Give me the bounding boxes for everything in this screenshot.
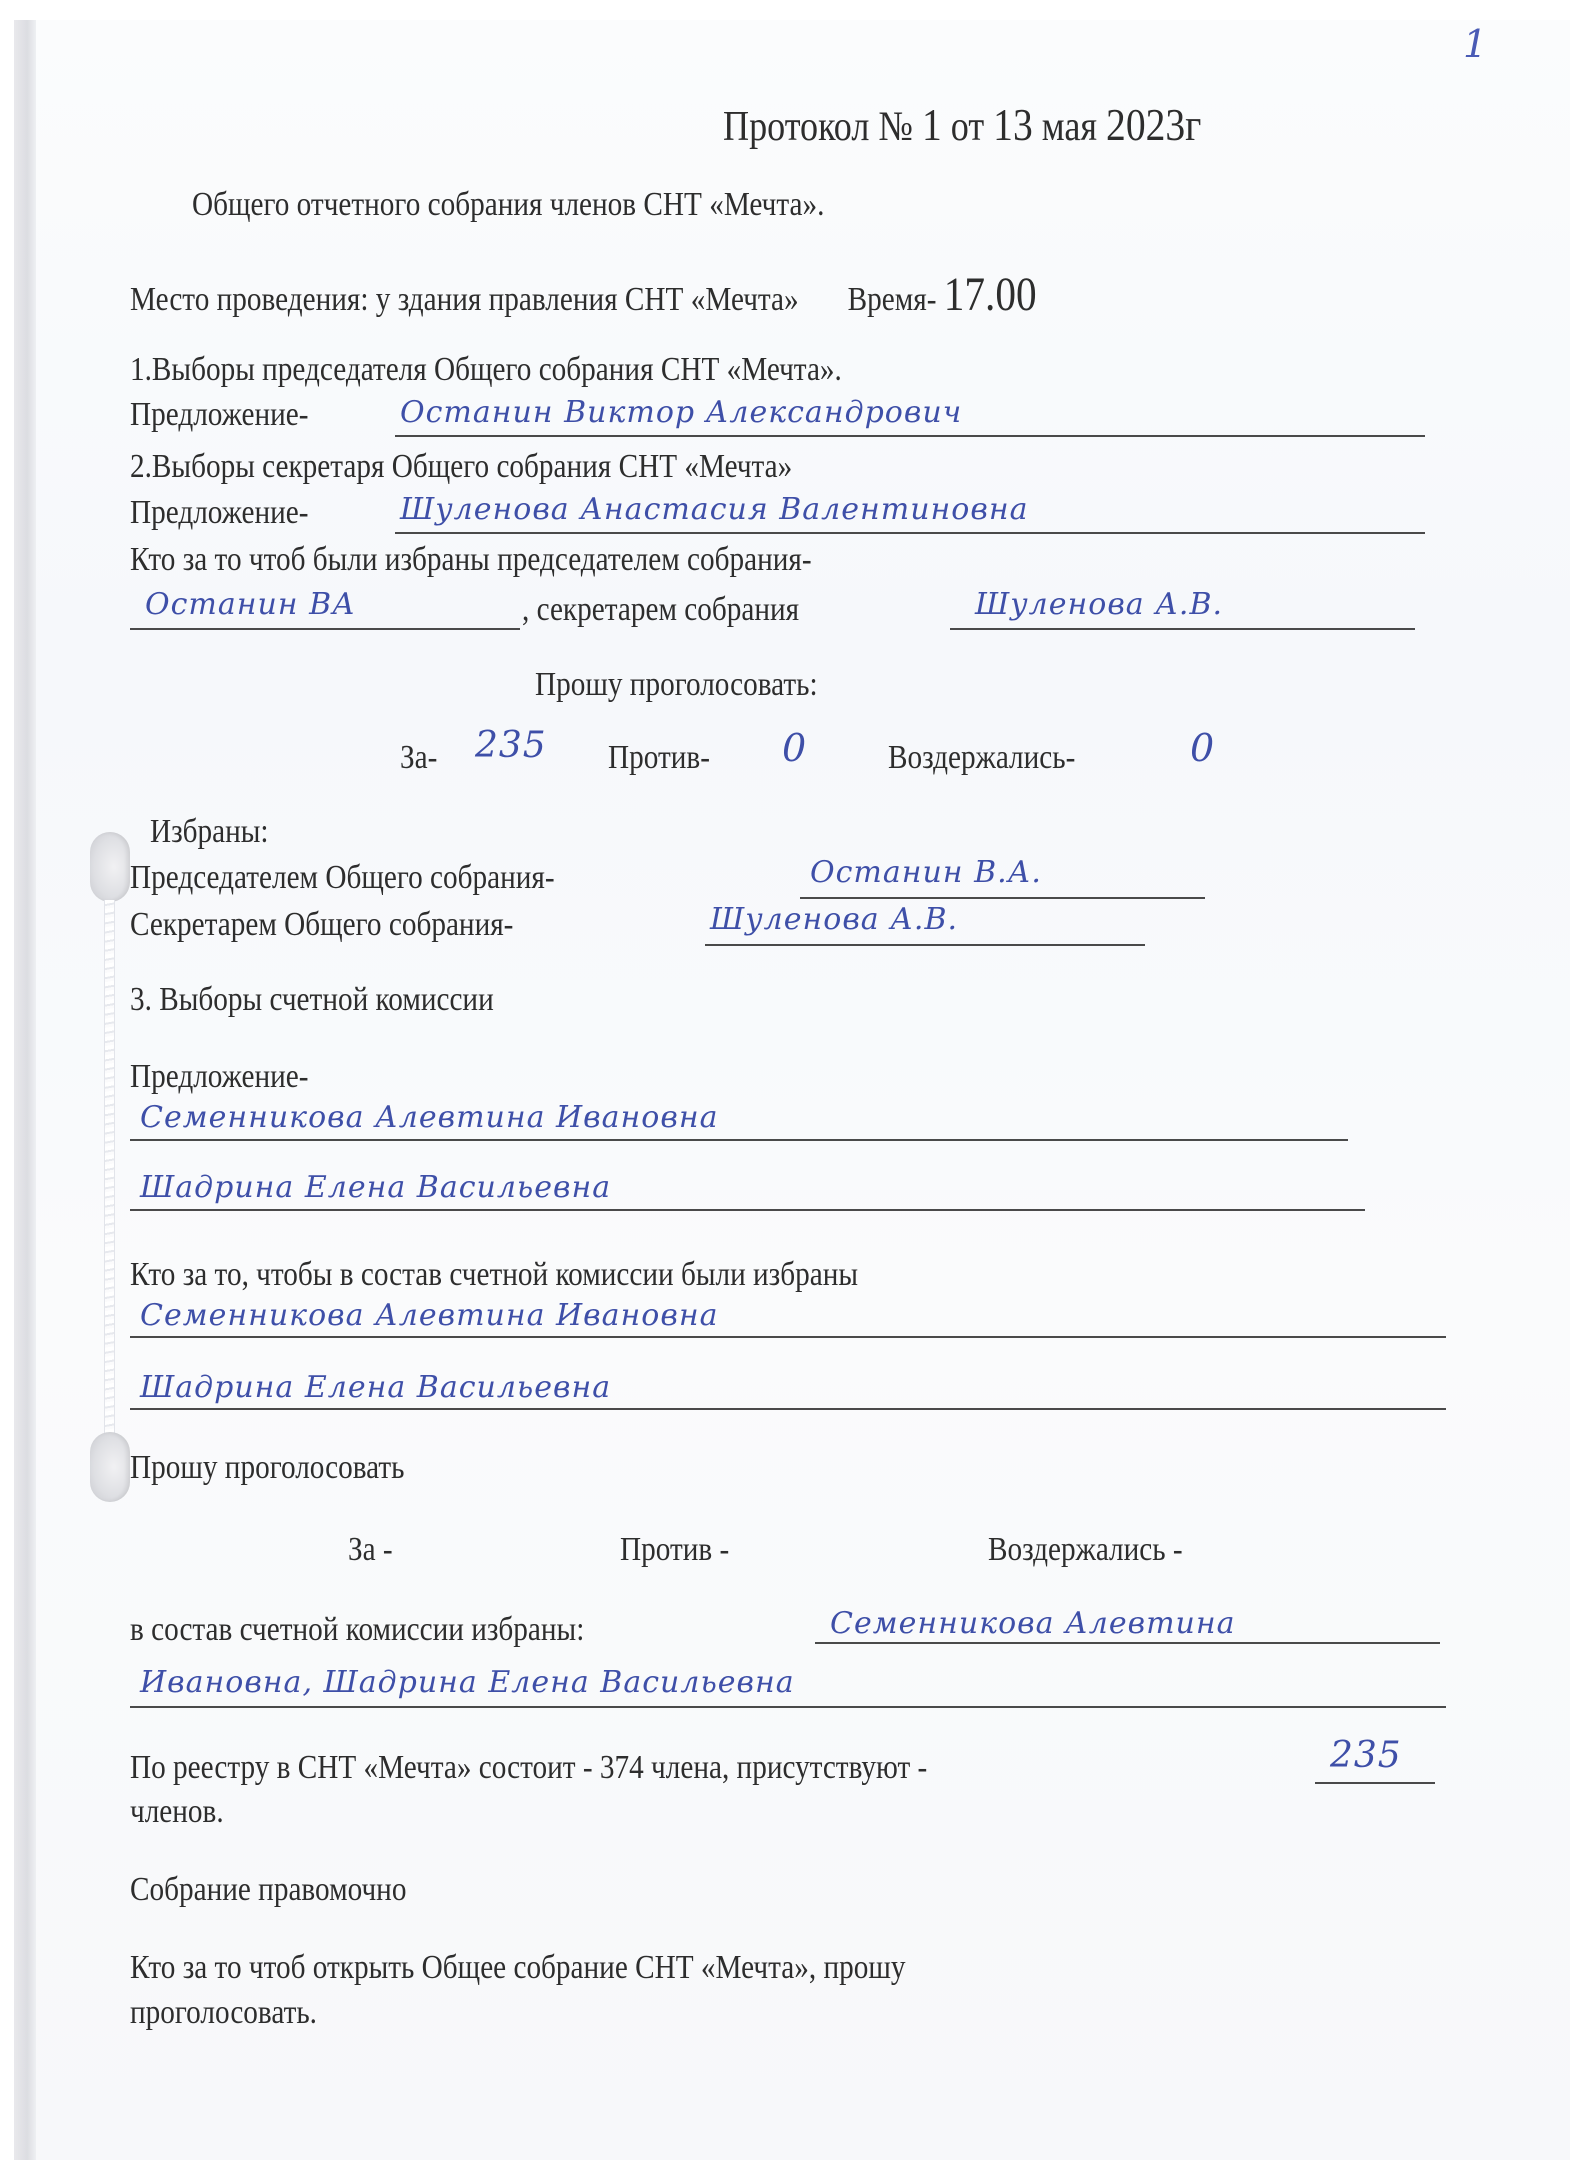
elected-chair-label: Председателем Общего собрания- — [130, 858, 555, 898]
item3-heading: 3. Выборы счетной комиссии — [130, 980, 494, 1020]
vote1-results: За- — [400, 738, 437, 778]
vote1-secretary-underline — [950, 628, 1415, 630]
handwritten-page-number: 1 — [1463, 22, 1487, 66]
item3-result-line-2: Ивановна, Шадрина Елена Васильевна — [140, 1665, 795, 1701]
item3-result-underline-2 — [130, 1706, 1446, 1708]
item3-result-underline-1 — [815, 1642, 1440, 1644]
time-value: 17.00 — [944, 268, 1037, 321]
item3-result-label: в состав счетной комиссии избраны: — [130, 1610, 584, 1650]
item3-question-line-2: Шадрина Елена Васильевна — [140, 1370, 611, 1406]
elected-secretary-handwritten: Шуленова А.В. — [710, 902, 958, 938]
binding-hole-top — [90, 832, 130, 902]
item1-proposal-label: Предложение- — [130, 395, 309, 435]
vote1-against-value: 0 — [782, 730, 807, 766]
opening-line-1: Кто за то чтоб открыть Общее собрание СН… — [130, 1948, 905, 1988]
item1-proposal-handwritten: Останин Виктор Александрович — [400, 395, 962, 431]
vote1-chair-handwritten: Останин ВА — [145, 587, 356, 623]
vote1-call: Прошу проголосовать: — [535, 665, 818, 705]
item1-proposal-underline — [395, 435, 1425, 437]
item1-heading: 1.Выборы председателя Общего собрания СН… — [130, 350, 842, 390]
opening-line-2: проголосовать. — [130, 1993, 317, 2033]
elected-secretary-underline — [705, 944, 1145, 946]
document-title: Протокол № 1 от 13 мая 2023г — [723, 100, 1201, 152]
item3-proposal-label: Предложение- — [130, 1057, 309, 1097]
item3-question: Кто за то, чтобы в состав счетной комисс… — [130, 1255, 858, 1295]
item3-question-underline-1 — [130, 1336, 1446, 1338]
quorum-present-underline — [1315, 1782, 1435, 1784]
vote1-against-label: Против- — [608, 738, 710, 778]
vote1-for-label: За- — [400, 739, 437, 776]
vote1-chair-underline — [130, 628, 520, 630]
time-label: Время- — [848, 281, 937, 318]
item3-call: Прошу проголосовать — [130, 1448, 404, 1488]
protocol-year: 2023г — [1106, 99, 1201, 150]
elected-secretary-label: Секретарем Общего собрания- — [130, 905, 513, 945]
quorum-status: Собрание правомочно — [130, 1870, 406, 1910]
quorum-registry-text: По реестру в СНТ «Мечта» состоит - 374 ч… — [130, 1748, 927, 1788]
item3-for-label: За - — [348, 1530, 393, 1570]
binding-thread — [104, 900, 115, 1440]
item2-proposal-label: Предложение- — [130, 493, 309, 533]
vote1-question: Кто за то чтоб были избраны председателе… — [130, 540, 812, 580]
document-subtitle: Общего отчетного собрания членов СНТ «Ме… — [192, 185, 824, 225]
vote1-secretary-handwritten: Шуленова А.В. — [975, 587, 1223, 623]
quorum-present-handwritten: 235 — [1330, 1738, 1402, 1774]
vote1-for-value: 235 — [475, 728, 547, 764]
protocol-number: 1 — [922, 99, 942, 150]
venue-label: Место проведения: у здания правления СНТ… — [130, 281, 799, 318]
item3-proposal-line-1: Семенникова Алевтина Ивановна — [140, 1100, 718, 1136]
item2-proposal-underline — [395, 532, 1425, 534]
binding-hole-bottom — [90, 1432, 130, 1502]
vote1-secretary-label: , секретарем собрания — [522, 590, 799, 630]
elected-heading: Избраны: — [150, 812, 269, 852]
item3-question-underline-2 — [130, 1408, 1446, 1410]
item3-proposal-underline-2 — [130, 1209, 1365, 1211]
item3-against-label: Против - — [620, 1530, 729, 1570]
item2-heading: 2.Выборы секретаря Общего собрания СНТ «… — [130, 447, 792, 487]
item3-proposal-underline-1 — [130, 1139, 1348, 1141]
elected-chair-handwritten: Останин В.А. — [810, 855, 1042, 891]
vote1-abstain-value: 0 — [1190, 730, 1215, 766]
quorum-members-word: членов. — [130, 1792, 224, 1832]
item3-result-line-1: Семенникова Алевтина — [830, 1606, 1236, 1642]
elected-chair-underline — [800, 897, 1205, 899]
item3-proposal-line-2: Шадрина Елена Васильевна — [140, 1170, 611, 1206]
item3-question-line-1: Семенникова Алевтина Ивановна — [140, 1298, 718, 1334]
protocol-day: 13 — [993, 99, 1033, 150]
venue-line: Место проведения: у здания правления СНТ… — [130, 270, 1037, 320]
vote1-abstain-label: Воздержались- — [888, 738, 1075, 778]
item3-abstain-label: Воздержались - — [988, 1530, 1183, 1570]
scan-edge — [14, 20, 36, 2160]
item2-proposal-handwritten: Шуленова Анастасия Валентиновна — [400, 492, 1028, 528]
